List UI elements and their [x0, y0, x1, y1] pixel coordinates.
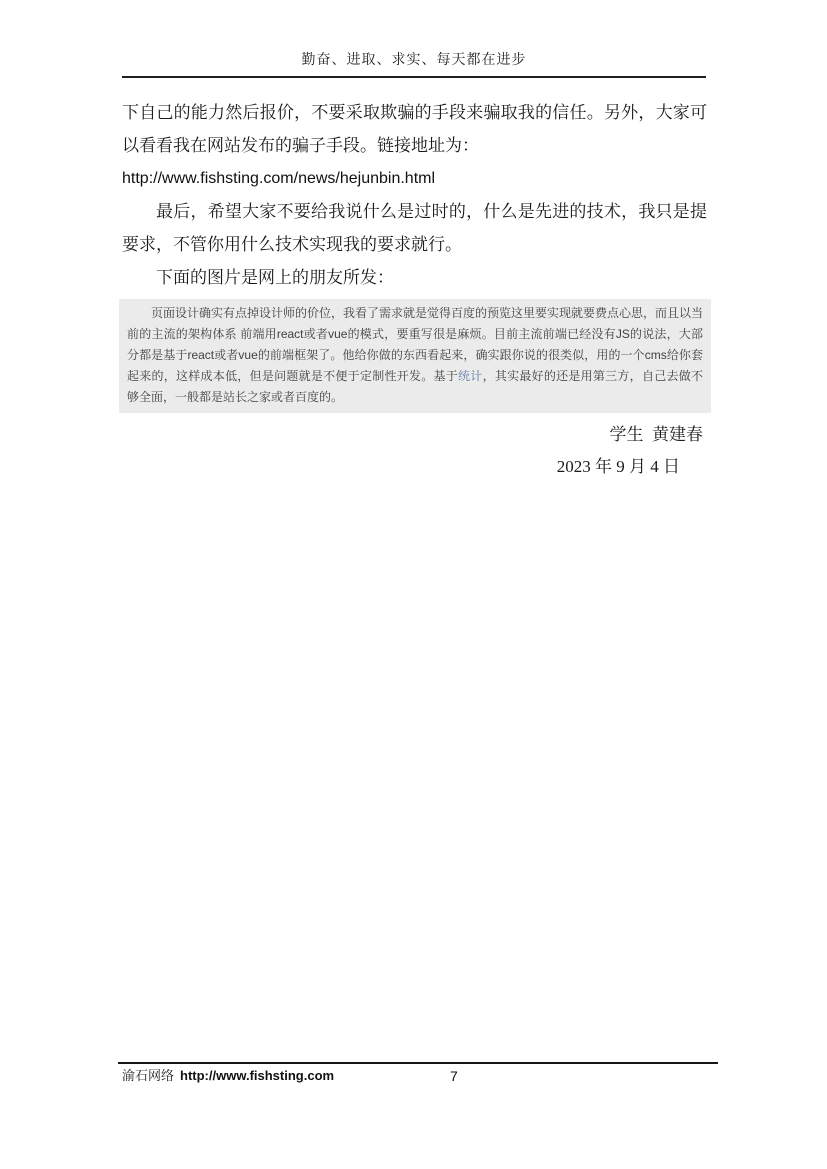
quote-block: 页面设计确实有点掉设计师的价位，我看了需求就是觉得百度的预览这里要实现就要费点心…: [119, 299, 711, 413]
header-divider: [122, 76, 706, 78]
paragraph-continuation: 下自己的能力然后报价，不要采取欺骗的手段来骗取我的信任。另外，大家可以看看我在网…: [122, 96, 707, 162]
footer: 渝石网络http://www.fishsting.com 7: [118, 1066, 718, 1088]
footer-left: 渝石网络http://www.fishsting.com: [122, 1066, 334, 1086]
quote-highlighted-word: 统计: [458, 369, 483, 383]
signature-date: 2023 年 9 月 4 日: [122, 451, 707, 483]
document-body: 下自己的能力然后报价，不要采取欺骗的手段来骗取我的信任。另外，大家可以看看我在网…: [122, 96, 707, 483]
page-number: 7: [450, 1066, 458, 1086]
signature-name: 学生 黄建春: [122, 419, 707, 451]
header-motto: 勤奋、进取、求实、每天都在进步: [122, 49, 706, 69]
document-page: 勤奋、进取、求实、每天都在进步 下自己的能力然后报价，不要采取欺骗的手段来骗取我…: [0, 0, 827, 1169]
paragraph-image-intro: 下面的图片是网上的朋友所发：: [122, 261, 707, 294]
footer-divider: [118, 1062, 718, 1064]
footer-company-name: 渝石网络: [122, 1068, 174, 1083]
scammer-report-url: http://www.fishsting.com/news/hejunbin.h…: [122, 162, 707, 195]
footer-website-url: http://www.fishsting.com: [180, 1068, 334, 1083]
paragraph-requirements: 最后，希望大家不要给我说什么是过时的，什么是先进的技术，我只是提要求，不管你用什…: [122, 195, 707, 261]
